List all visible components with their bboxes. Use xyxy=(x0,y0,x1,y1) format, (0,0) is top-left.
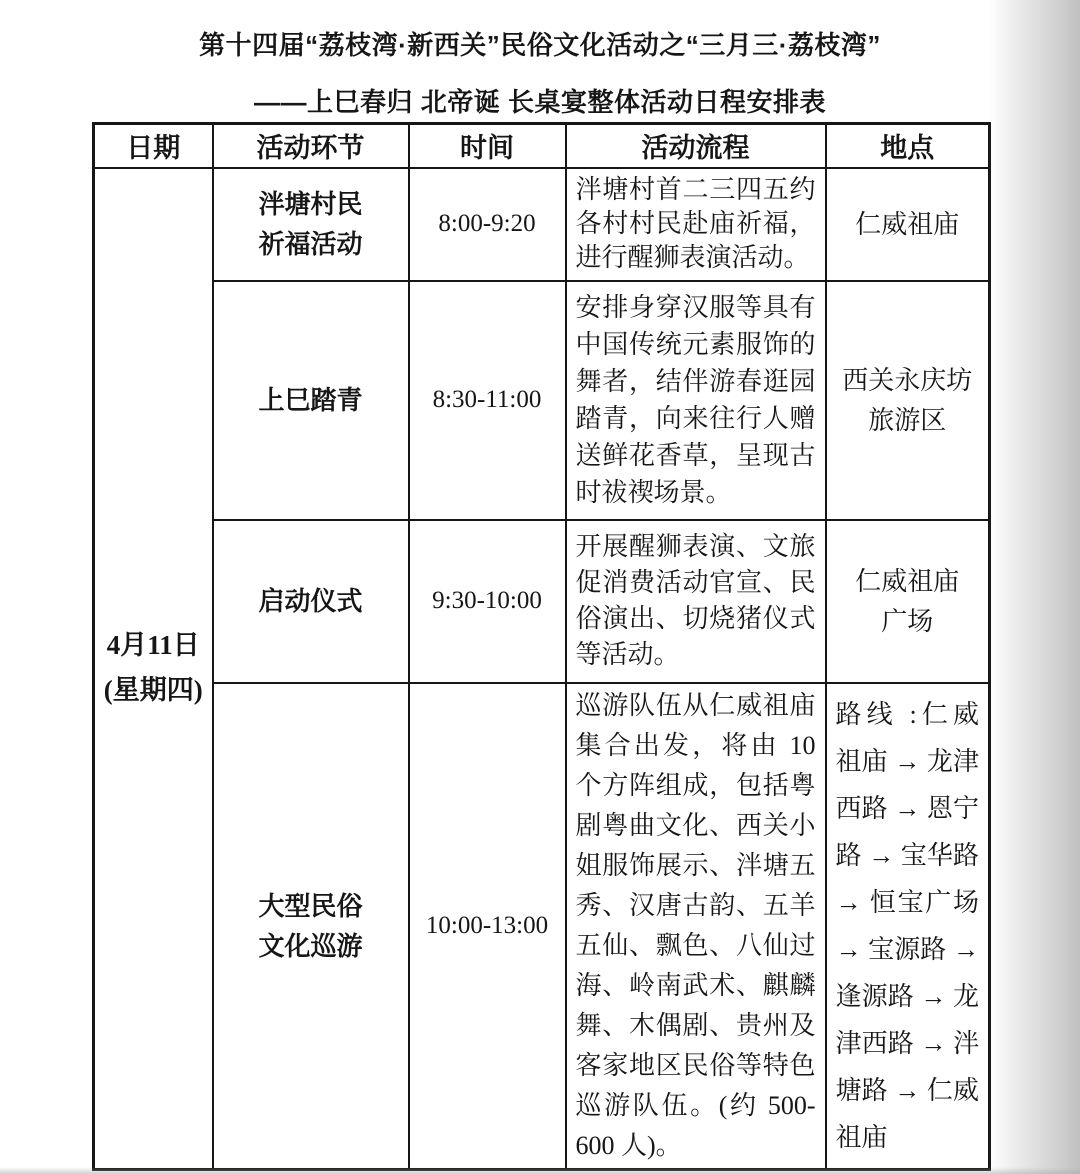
header-cell-date: 日期 xyxy=(94,124,213,168)
segment-cell: 大型民俗 文化巡游 xyxy=(213,683,409,1170)
time-cell: 8:00-9:20 xyxy=(409,168,566,281)
page-edge-shadow-right xyxy=(988,0,1080,1174)
header-cell-time: 时间 xyxy=(409,124,566,168)
segment-cell: 泮塘村民 祈福活动 xyxy=(213,168,409,281)
location-cell: 仁威祖庙 xyxy=(826,168,990,281)
table-row: 上巳踏青 8:30-11:00 安排身穿汉服等具有中国传统元素服饰的舞者，结伴游… xyxy=(94,281,990,520)
flow-cell: 开展醒狮表演、文旅促消费活动官宣、民俗演出、切烧猪仪式等活动。 xyxy=(566,520,826,683)
schedule-table: 日期 活动环节 时间 活动流程 地点 4月11日 (星期四) 泮塘村民 祈福活动… xyxy=(92,122,991,1171)
header-cell-location: 地点 xyxy=(826,124,990,168)
table-row: 大型民俗 文化巡游 10:00-13:00 巡游队伍从仁威祖庙集合出发，将由 1… xyxy=(94,683,990,1170)
flow-cell: 泮塘村首二三四五约各村村民赴庙祈福，进行醒狮表演活动。 xyxy=(566,168,826,281)
time-cell: 9:30-10:00 xyxy=(409,520,566,683)
table-header-row: 日期 活动环节 时间 活动流程 地点 xyxy=(94,124,990,168)
segment-cell: 上巳踏青 xyxy=(213,281,409,520)
time-cell: 10:00-13:00 xyxy=(409,683,566,1170)
date-cell: 4月11日 (星期四) xyxy=(94,168,213,1170)
header-cell-segment: 活动环节 xyxy=(213,124,409,168)
page-title-line-1: 第十四届“荔枝湾·新西关”民俗文化活动之“三月三·荔枝湾” xyxy=(0,17,1080,74)
flow-cell: 安排身穿汉服等具有中国传统元素服饰的舞者，结伴游春逛园踏青，向来往行人赠送鲜花香… xyxy=(566,281,826,520)
header-cell-flow: 活动流程 xyxy=(566,124,826,168)
flow-cell: 巡游队伍从仁威祖庙集合出发，将由 10 个方阵组成，包括粤剧粤曲文化、西关小姐服… xyxy=(566,683,826,1170)
document-page: 第十四届“荔枝湾·新西关”民俗文化活动之“三月三·荔枝湾” ——上巳春归 北帝诞… xyxy=(0,0,1080,1174)
page-title: 第十四届“荔枝湾·新西关”民俗文化活动之“三月三·荔枝湾” ——上巳春归 北帝诞… xyxy=(0,17,1080,131)
time-cell: 8:30-11:00 xyxy=(409,281,566,520)
table-row: 启动仪式 9:30-10:00 开展醒狮表演、文旅促消费活动官宣、民俗演出、切烧… xyxy=(94,520,990,683)
location-cell: 西关永庆坊 旅游区 xyxy=(826,281,990,520)
table-row: 4月11日 (星期四) 泮塘村民 祈福活动 8:00-9:20 泮塘村首二三四五… xyxy=(94,168,990,281)
segment-cell: 启动仪式 xyxy=(213,520,409,683)
location-route-cell: 路线 :仁威祖庙 → 龙津西路 → 恩宁路 → 宝华路 → 恒宝广场 → 宝源路… xyxy=(826,683,990,1170)
location-cell: 仁威祖庙 广场 xyxy=(826,520,990,683)
